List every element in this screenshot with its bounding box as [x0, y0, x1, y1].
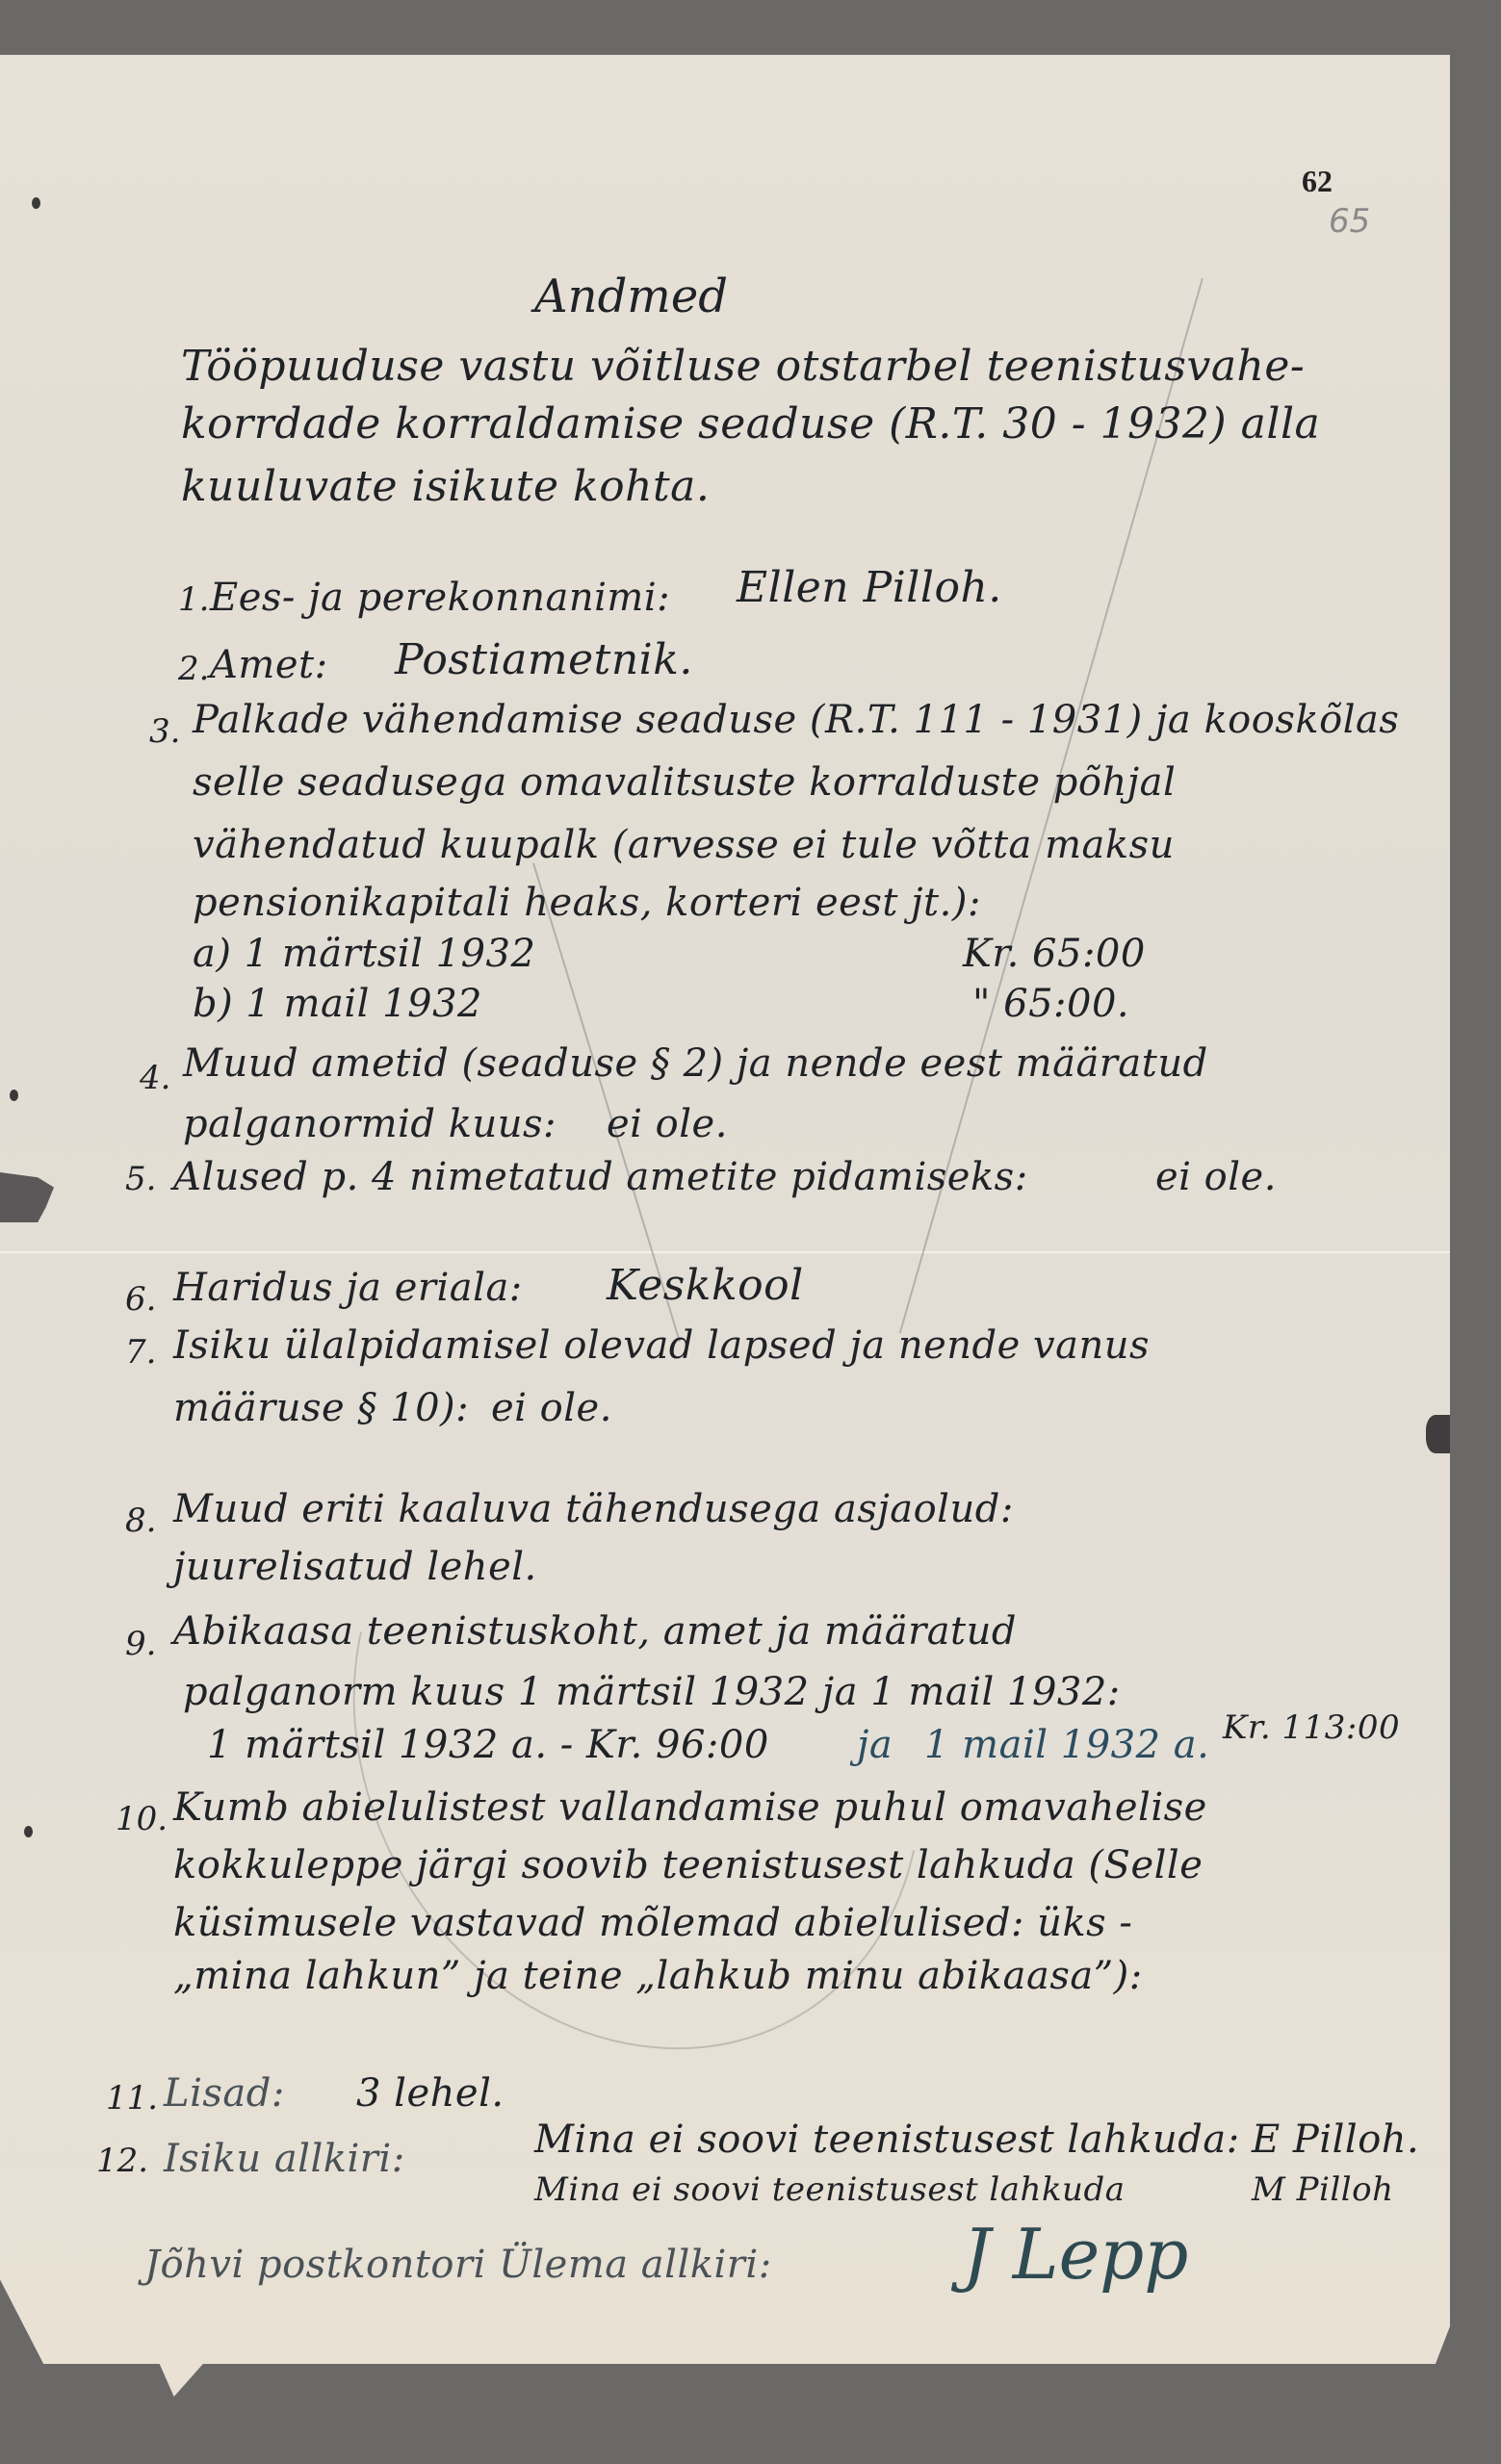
- subtitle-line: korrdade korraldamise seaduse (R.T. 30 -…: [181, 399, 1320, 449]
- item-answer: Keskkool: [607, 1261, 804, 1310]
- item-number: 7.: [125, 1333, 156, 1372]
- item-answer-march: 1 märtsil 1932 a. - Kr. 96:00: [207, 1723, 769, 1767]
- item-answer: 3 lehel.: [356, 2071, 505, 2116]
- item-answer: Ellen Pilloh.: [737, 563, 1002, 612]
- item-label: kokkuleppe järgi soovib teenistusest lah…: [173, 1843, 1203, 1887]
- item-label: Palkade vähendamise seaduse (R.T. 111 - …: [193, 698, 1399, 742]
- item-number: 10.: [116, 1800, 168, 1838]
- punch-hole: [32, 197, 40, 209]
- item-number: 3.: [149, 712, 180, 751]
- punch-hole: [10, 1090, 18, 1101]
- item-answer-conj: ja: [857, 1723, 893, 1767]
- item-number: 2.: [178, 650, 209, 688]
- item-label: Isiku allkiri:: [164, 2137, 405, 2181]
- item-label: Isiku ülalpidamisel olevad lapsed ja nen…: [173, 1323, 1150, 1368]
- item-label: Haridus ja eriala:: [173, 1266, 523, 1310]
- folio-stamp: 62: [1302, 164, 1333, 199]
- subtitle-line: kuuluvate isikute kohta.: [181, 462, 710, 511]
- item-label: Muud ametid (seaduse § 2) ja nende eest …: [183, 1041, 1208, 1086]
- signature-name: M Pilloh: [1252, 2170, 1394, 2209]
- sub-item-amount: " 65:00.: [972, 982, 1129, 1026]
- sub-item-label: b) 1 mail 1932: [193, 982, 482, 1026]
- item-label: küsimusele vastavad mõlemad abielulised:…: [173, 1901, 1132, 1945]
- fold-line: [0, 1251, 1450, 1253]
- item-answer-may: 1 mail 1932 a.: [924, 1723, 1209, 1767]
- item-answer-may-amount: Kr. 113:00: [1223, 1708, 1400, 1747]
- item-number: 5.: [125, 1160, 156, 1198]
- footer-label: Jõhvi postkontori Ülema allkiri:: [144, 2243, 772, 2287]
- footer-signature: J Lepp: [963, 2214, 1188, 2295]
- signature-name: E Pilloh.: [1252, 2117, 1419, 2162]
- item-number: 11.: [106, 2079, 158, 2117]
- item-answer: ei ole.: [607, 1102, 728, 1146]
- item-label: Ees- ja perekonnanimi:: [210, 576, 670, 620]
- item-number: 1.: [178, 580, 209, 619]
- item-label: Abikaasa teenistuskoht, amet ja määratud: [173, 1609, 1017, 1654]
- document-title: Andmed: [534, 269, 728, 323]
- item-label: juurelisatud lehel.: [173, 1545, 537, 1589]
- item-label: Amet:: [210, 643, 328, 687]
- item-label: „mina lahkun” ja teine „lahkub minu abik…: [173, 1954, 1143, 1998]
- item-label: palganorm kuus 1 märtsil 1932 ja 1 mail …: [183, 1670, 1121, 1714]
- item-label: selle seadusega omavalitsuste korraldust…: [193, 760, 1176, 805]
- sub-item-label: a) 1 märtsil 1932: [193, 932, 535, 976]
- item-label: Kumb abielulistest vallandamise puhul om…: [173, 1785, 1207, 1830]
- item-answer: Postiametnik.: [395, 635, 693, 684]
- binding-tab: [1426, 1415, 1450, 1453]
- item-label: Muud eriti kaaluva tähendusega asjaolud:: [173, 1487, 1014, 1531]
- item-label: Lisad:: [164, 2071, 285, 2116]
- item-number: 12.: [96, 2142, 148, 2180]
- item-answer: ei ole.: [491, 1386, 612, 1430]
- item-answer: ei ole.: [1155, 1155, 1277, 1199]
- subtitle-line: Tööpuuduse vastu võitluse otstarbel teen…: [181, 342, 1305, 391]
- item-number: 6.: [125, 1280, 156, 1319]
- item-number: 8.: [125, 1501, 156, 1540]
- signature-statement: Mina ei soovi teenistusest lahkuda:: [534, 2117, 1240, 2162]
- punch-hole: [24, 1826, 33, 1837]
- item-label: vähendatud kuupalk (arvesse ei tule võtt…: [193, 823, 1175, 867]
- item-number: 9.: [125, 1625, 156, 1663]
- signature-statement: Mina ei soovi teenistusest lahkuda: [534, 2170, 1126, 2209]
- item-number: 4.: [140, 1059, 170, 1097]
- item-label: pensionikapitali heaks, korteri eest jt.…: [193, 881, 981, 925]
- sub-item-amount: Kr. 65:00: [963, 932, 1146, 976]
- item-label: määruse § 10):: [173, 1386, 469, 1430]
- item-label: Alused p. 4 nimetatud ametite pidamiseks…: [173, 1155, 1028, 1199]
- folio-pencil: 65: [1329, 202, 1370, 241]
- item-label: palganormid kuus:: [183, 1102, 556, 1146]
